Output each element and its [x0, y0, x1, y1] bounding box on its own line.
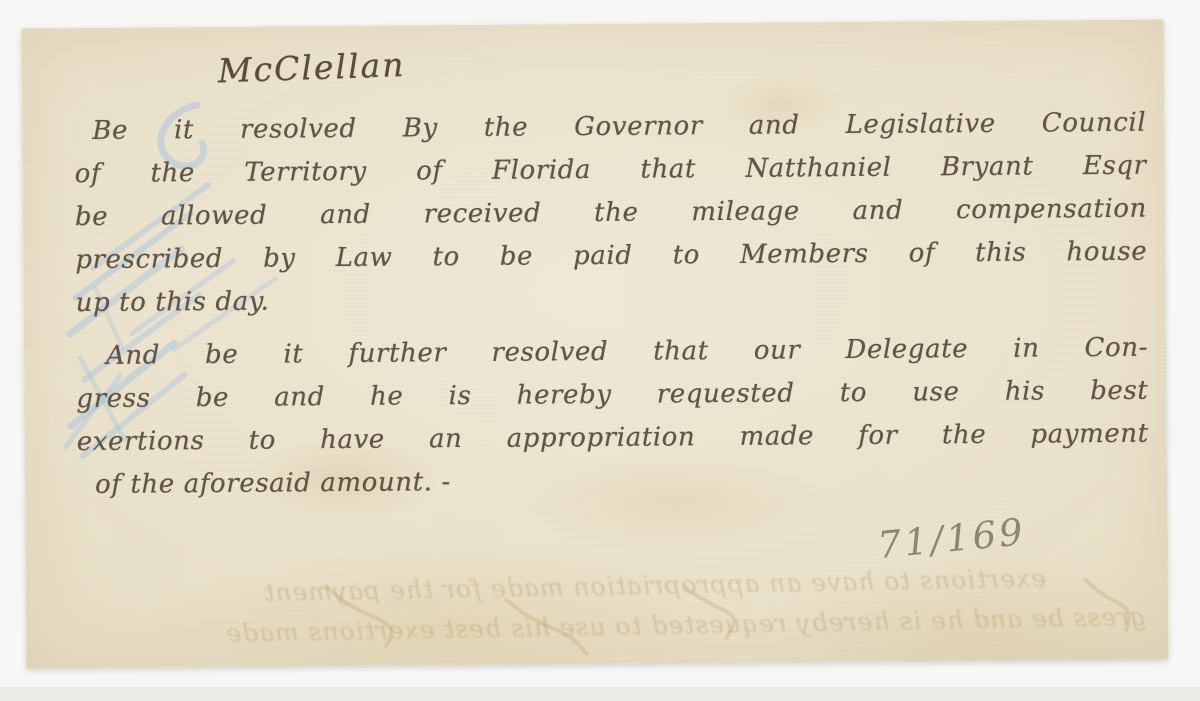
paper: McClellan Be it resolved By the Governor… — [22, 20, 1169, 669]
document-body: Be it resolved By the Governor and Legis… — [74, 102, 1149, 507]
bleedthrough-text: gress be and he is hereby requested to u… — [66, 602, 1146, 651]
body-line: prescribed by Law to be paid to Members … — [75, 231, 1147, 282]
page-number-annotation: 71/169 — [876, 510, 1028, 567]
bleedthrough-text: exertions to have an appropriation made … — [146, 564, 1046, 609]
body-line: up to this day. — [75, 274, 1147, 325]
document-scan: McClellan Be it resolved By the Governor… — [0, 0, 1200, 701]
body-line: exertions to have an appropriation made … — [77, 413, 1149, 464]
heading-author-name: McClellan — [217, 45, 406, 90]
body-line: of the aforesaid amount. - — [77, 456, 1149, 507]
